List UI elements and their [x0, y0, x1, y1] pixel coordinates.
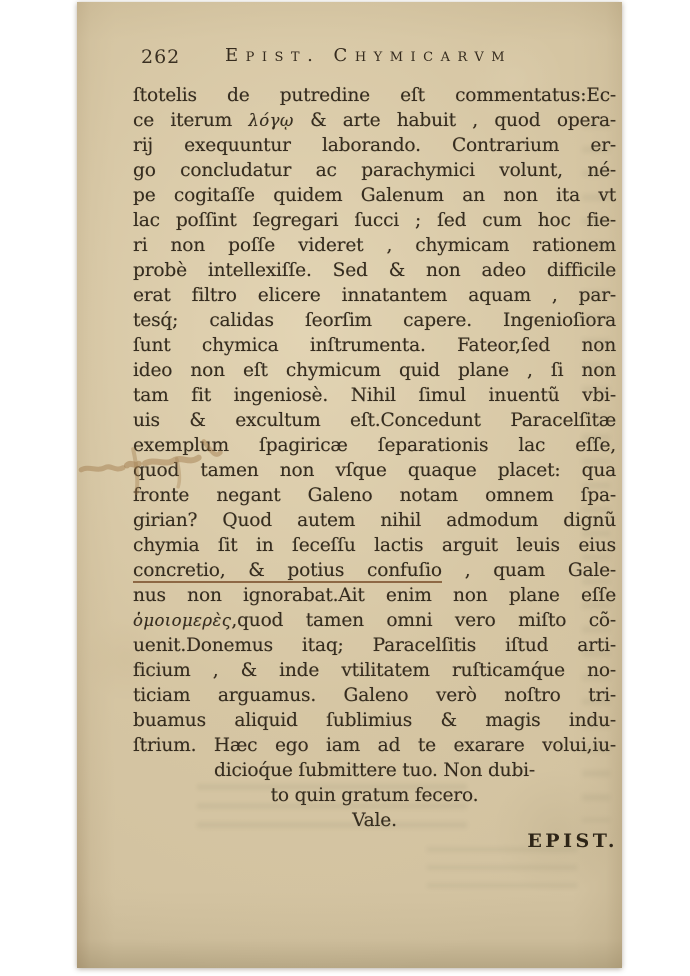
text-segment: ſtotelis de putredine eſt commentatus:Ec… [133, 85, 616, 106]
text-segment: tesq́; calidas ſeorſim capere. Ingenioſi… [133, 310, 616, 331]
text-segment: girian? Quod autem nihil admodum dignũ [133, 510, 616, 531]
text-line: girian? Quod autem nihil admodum dignũ [133, 508, 616, 533]
text-segment: ſunt chymica inſtrumenta. Fateor,ſed non [133, 335, 616, 356]
text-line: dicioq́ue ſubmittere tuo. Non dubi- [133, 758, 616, 783]
text-segment: nus non ignorabat.Ait enim non plane eſſ… [133, 585, 616, 606]
text-line: ideo non eſt chymicum quid plane , ſi no… [133, 358, 616, 383]
text-segment: ,quod tamen omni vero miſto cõ- [231, 610, 616, 631]
text-segment: tam fit ingeniosè. Nihil ſimul inuentũ v… [133, 385, 616, 406]
text-segment: probè intellexiſſe. Sed & non adeo diffi… [133, 260, 616, 281]
text-segment: ficium , & inde vtilitatem ruſticamq́ue … [133, 660, 616, 681]
text-line: uenit.Donemus itaq; Paracelſitis iſtud a… [133, 633, 616, 658]
text-line: lac poſſint ſegregari ſucci ; ſed cum ho… [133, 208, 616, 233]
text-segment: ſtrium. Hæc ego iam ad te exarare volui,… [133, 735, 616, 756]
text-line: pe cogitaſſe quidem Galenum an non ita v… [133, 183, 616, 208]
text-segment: lac poſſint ſegregari ſucci ; ſed cum ho… [133, 210, 616, 231]
text-line: tesq́; calidas ſeorſim capere. Ingenioſi… [133, 308, 616, 333]
text-segment: , quam Gale- [442, 560, 616, 581]
book-page-photo: 262 Epist. Chymicarvm ſtotelis de putred… [77, 2, 622, 968]
text-segment: dicioq́ue ſubmittere tuo. Non dubi- [214, 760, 535, 781]
text-line: ficium , & inde vtilitatem ruſticamq́ue … [133, 658, 616, 683]
greek-term: ὁμοιομερὲς [133, 611, 231, 630]
text-segment: erat filtro elicere innatantem aquam , p… [133, 285, 616, 306]
text-line: nus non ignorabat.Ait enim non plane eſſ… [133, 583, 616, 608]
text-segment: Vale. [352, 810, 397, 831]
text-line: ticiam arguamus. Galeno verò noſtro tri- [133, 683, 616, 708]
text-line: ſtrium. Hæc ego iam ad te exarare volui,… [133, 733, 616, 758]
text-segment: to quin gratum fecero. [271, 785, 479, 806]
text-line: ſunt chymica inſtrumenta. Fateor,ſed non [133, 333, 616, 358]
text-segment: ideo non eſt chymicum quid plane , ſi no… [133, 360, 616, 381]
scan-background: { "page": { "number": "262", "running_ti… [0, 0, 690, 976]
margin-annotation [75, 426, 233, 504]
text-line: ce iterum λόγῳ & arte habuit , quod oper… [133, 108, 616, 133]
text-line: to quin gratum fecero. [133, 783, 616, 808]
text-line: tam fit ingeniosè. Nihil ſimul inuentũ v… [133, 383, 616, 408]
text-segment: pe cogitaſſe quidem Galenum an non ita v… [133, 185, 616, 206]
text-line: ri non poſſe videret , chymicam rationem [133, 233, 616, 258]
underlined-phrase: concretio, & potius confuſio [133, 560, 442, 583]
text-segment: buamus aliquid ſublimius & magis indu- [133, 710, 616, 731]
verso-show-through-stain [427, 847, 577, 895]
text-segment: go concludatur ac parachymici volunt, né… [133, 160, 616, 181]
text-line: chymia ſit in ſeceſſu lactis arguit leui… [133, 533, 616, 558]
catchword: EPIST. [527, 830, 618, 852]
text-segment: rij exequuntur laborando. Contrarium er- [133, 135, 616, 156]
text-segment: ri non poſſe videret , chymicam rationem [133, 235, 616, 256]
text-segment: & arte habuit , quod opera- [294, 110, 616, 131]
text-segment: uenit.Donemus itaq; Paracelſitis iſtud a… [133, 635, 616, 656]
page-header: 262 Epist. Chymicarvm [77, 46, 622, 72]
text-segment: ticiam arguamus. Galeno verò noſtro tri- [133, 685, 616, 706]
greek-term: λόγῳ [248, 111, 293, 130]
page-number: 262 [141, 46, 180, 68]
text-segment: chymia ſit in ſeceſſu lactis arguit leui… [133, 535, 616, 556]
text-line: concretio, & potius confuſio , quam Gale… [133, 558, 616, 583]
text-line: buamus aliquid ſublimius & magis indu- [133, 708, 616, 733]
text-line: ὁμοιομερὲς,quod tamen omni vero miſto cõ… [133, 608, 616, 633]
text-segment: ce iterum [133, 110, 248, 131]
running-title: Epist. Chymicarvm [225, 45, 512, 66]
text-line: erat filtro elicere innatantem aquam , p… [133, 283, 616, 308]
text-line: go concludatur ac parachymici volunt, né… [133, 158, 616, 183]
text-line: ſtotelis de putredine eſt commentatus:Ec… [133, 83, 616, 108]
text-line: probè intellexiſſe. Sed & non adeo diffi… [133, 258, 616, 283]
text-line: rij exequuntur laborando. Contrarium er- [133, 133, 616, 158]
